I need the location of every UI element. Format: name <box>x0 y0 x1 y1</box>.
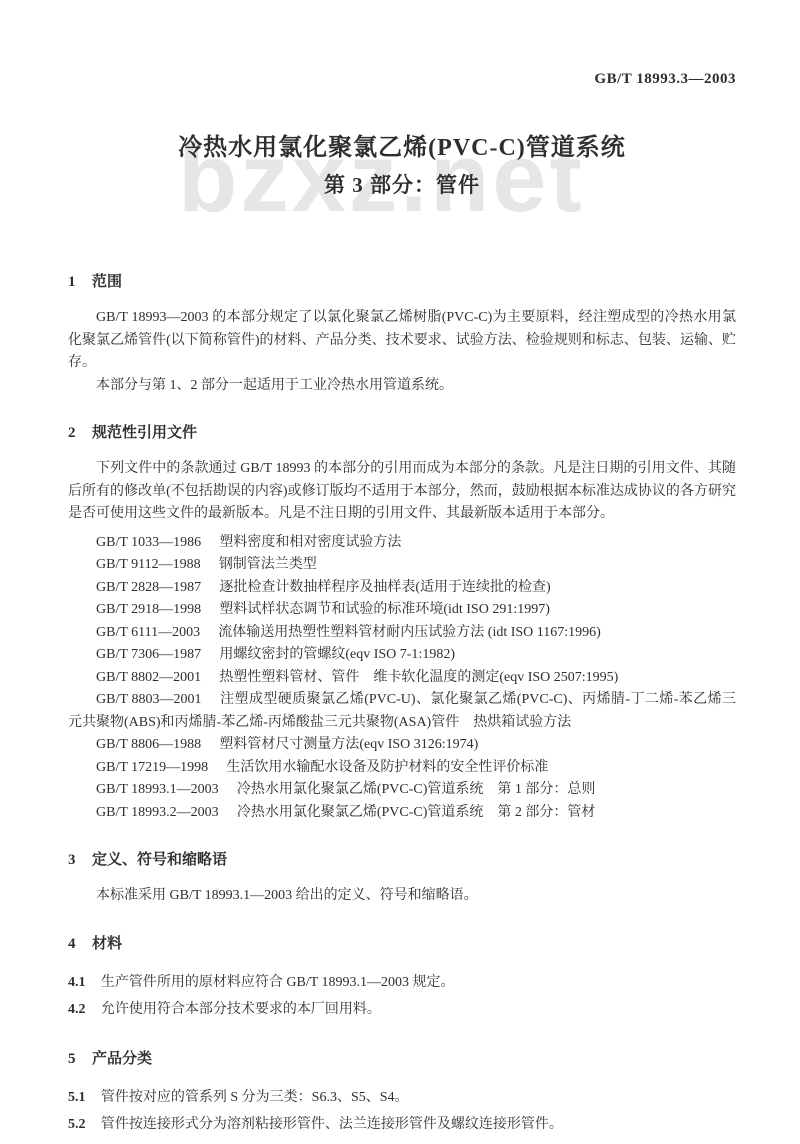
reference-item: GB/T 18993.2—2003冷热水用氯化聚氯乙烯(PVC-C)管道系统 第… <box>68 802 736 825</box>
title-line-1: 冷热水用氯化聚氯乙烯(PVC-C)管道系统 <box>68 130 736 166</box>
section-1-title: 范围 <box>92 274 122 290</box>
section-1-heading: 1范围 <box>68 272 736 292</box>
section-2-title: 规范性引用文件 <box>92 425 197 441</box>
section-4-heading: 4材料 <box>68 934 736 954</box>
clause-number: 4.2 <box>68 1002 86 1017</box>
document-title: 冷热水用氯化聚氯乙烯(PVC-C)管道系统 第 3 部分：管件 <box>68 130 736 204</box>
reference-item: GB/T 18993.1—2003冷热水用氯化聚氯乙烯(PVC-C)管道系统 第… <box>68 779 736 802</box>
reference-title: 塑料密度和相对密度试验方法 <box>219 535 401 550</box>
section-5-title: 产品分类 <box>92 1051 152 1067</box>
reference-title: 用螺纹密封的管螺纹(eqv ISO 7-1:1982) <box>219 647 455 662</box>
clause-number: 5.1 <box>68 1090 86 1105</box>
reference-code: GB/T 8806—1988 <box>96 737 201 752</box>
section-3-heading: 3定义、符号和缩略语 <box>68 850 736 870</box>
reference-item: GB/T 2828—1987逐批检查计数抽样程序及抽样表(适用于连续批的检查) <box>68 577 736 600</box>
title-line-2: 第 3 部分：管件 <box>68 166 736 204</box>
reference-code: GB/T 7306—1987 <box>96 647 201 662</box>
reference-item: GB/T 8806—1988塑料管材尺寸测量方法(eqv ISO 3126:19… <box>68 734 736 757</box>
clause-text: 管件按连接形式分为溶剂粘接形管件、法兰连接形管件及螺纹连接形管件。 <box>101 1117 563 1132</box>
reference-item: GB/T 8802—2001热塑性塑料管材、管件 维卡软化温度的测定(eqv I… <box>68 667 736 690</box>
clause-number: 4.1 <box>68 975 86 990</box>
section-3-number: 3 <box>68 852 76 868</box>
reference-code: GB/T 17219—1998 <box>96 760 208 775</box>
reference-item: GB/T 9112—1988钢制管法兰类型 <box>68 554 736 577</box>
section-5-number: 5 <box>68 1051 76 1067</box>
section-4-title: 材料 <box>92 936 122 952</box>
reference-code: GB/T 18993.1—2003 <box>96 782 219 797</box>
section-2-paragraph: 下列文件中的条款通过 GB/T 18993 的本部分的引用而成为本部分的条款。凡… <box>68 458 736 526</box>
reference-code: GB/T 18993.2—2003 <box>96 805 219 820</box>
section-3-paragraph: 本标准采用 GB/T 18993.1—2003 给出的定义、符号和缩略语。 <box>68 885 736 908</box>
clause-text: 管件按对应的管系列 S 分为三类：S6.3、S5、S4。 <box>101 1090 409 1105</box>
reference-list: GB/T 1033—1986塑料密度和相对密度试验方法 GB/T 9112—19… <box>68 532 736 825</box>
reference-code: GB/T 8802—2001 <box>96 670 201 685</box>
clause-number: 5.2 <box>68 1117 86 1132</box>
section-1-number: 1 <box>68 274 76 290</box>
reference-item: GB/T 17219—1998生活饮用水输配水设备及防护材料的安全性评价标准 <box>68 757 736 780</box>
section-4-number: 4 <box>68 936 76 952</box>
reference-item: GB/T 2918—1998塑料试样状态调节和试验的标准环境(idt ISO 2… <box>68 599 736 622</box>
reference-title: 热塑性塑料管材、管件 维卡软化温度的测定(eqv ISO 2507:1995) <box>219 670 618 685</box>
clause-5-1: 5.1管件按对应的管系列 S 分为三类：S6.3、S5、S4。 <box>68 1084 736 1111</box>
reference-code: GB/T 6111—2003 <box>96 625 200 640</box>
clause-text: 允许使用符合本部分技术要求的本厂回用料。 <box>101 1002 381 1017</box>
reference-title: 塑料管材尺寸测量方法(eqv ISO 3126:1974) <box>219 737 478 752</box>
section-1-paragraph: GB/T 18993—2003 的本部分规定了以氯化聚氯乙烯树脂(PVC-C)为… <box>68 307 736 375</box>
reference-item: GB/T 8803—2001注塑成型硬质聚氯乙烯(PVC-U)、氯化聚氯乙烯(P… <box>68 689 736 734</box>
reference-code: GB/T 9112—1988 <box>96 557 201 572</box>
reference-title: 钢制管法兰类型 <box>219 557 317 572</box>
clause-5-2: 5.2管件按连接形式分为溶剂粘接形管件、法兰连接形管件及螺纹连接形管件。 <box>68 1111 736 1138</box>
section-3-title: 定义、符号和缩略语 <box>92 852 227 868</box>
section-1-paragraph: 本部分与第 1、2 部分一起适用于工业冷热水用管道系统。 <box>68 375 736 398</box>
reference-title: 生活饮用水输配水设备及防护材料的安全性评价标准 <box>226 760 548 775</box>
clause-4-2: 4.2允许使用符合本部分技术要求的本厂回用料。 <box>68 996 736 1023</box>
document-page: bzxz.net GB/T 18993.3—2003 冷热水用氯化聚氯乙烯(PV… <box>0 0 800 1144</box>
reference-item: GB/T 6111—2003流体输送用热塑性塑料管材耐内压试验方法 (idt I… <box>68 622 736 645</box>
section-2-heading: 2规范性引用文件 <box>68 423 736 443</box>
reference-title: 流体输送用热塑性塑料管材耐内压试验方法 (idt ISO 1167:1996) <box>218 625 601 640</box>
title-spacer <box>68 204 736 246</box>
reference-item: GB/T 7306—1987用螺纹密封的管螺纹(eqv ISO 7-1:1982… <box>68 644 736 667</box>
reference-item: GB/T 1033—1986塑料密度和相对密度试验方法 <box>68 532 736 555</box>
reference-title: 冷热水用氯化聚氯乙烯(PVC-C)管道系统 第 1 部分：总则 <box>237 782 596 797</box>
reference-title: 塑料试样状态调节和试验的标准环境(idt ISO 291:1997) <box>219 602 550 617</box>
reference-code: GB/T 1033—1986 <box>96 535 201 550</box>
clause-4-1: 4.1生产管件所用的原材料应符合 GB/T 18993.1—2003 规定。 <box>68 969 736 996</box>
reference-title: 冷热水用氯化聚氯乙烯(PVC-C)管道系统 第 2 部分：管材 <box>237 805 596 820</box>
reference-code: GB/T 2918—1998 <box>96 602 201 617</box>
clause-text: 生产管件所用的原材料应符合 GB/T 18993.1—2003 规定。 <box>101 975 455 990</box>
reference-title: 逐批检查计数抽样程序及抽样表(适用于连续批的检查) <box>219 580 550 595</box>
reference-code: GB/T 2828—1987 <box>96 580 201 595</box>
document-content: GB/T 18993.3—2003 冷热水用氯化聚氯乙烯(PVC-C)管道系统 … <box>68 70 736 1138</box>
standard-number: GB/T 18993.3—2003 <box>68 70 736 88</box>
section-2-number: 2 <box>68 425 76 441</box>
reference-code: GB/T 8803—2001 <box>96 692 202 707</box>
section-5-heading: 5产品分类 <box>68 1049 736 1069</box>
